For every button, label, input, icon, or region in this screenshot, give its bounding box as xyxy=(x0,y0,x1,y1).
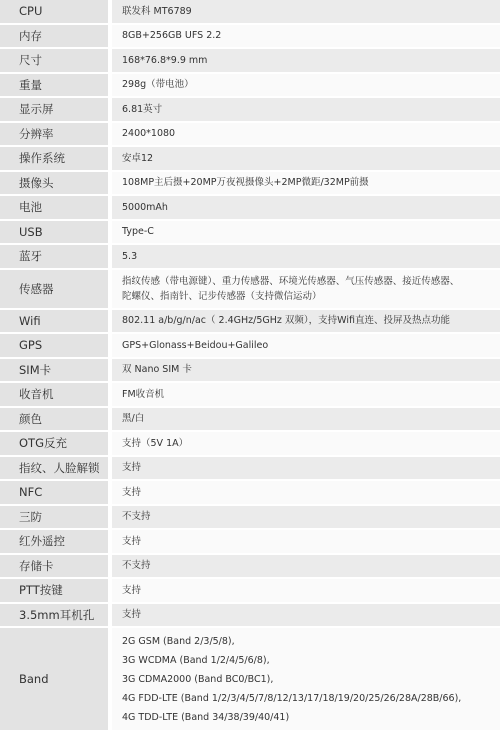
spec-row: 传感器指纹传感（带电源键）、重力传感器、环境光传感器、气压传感器、接近传感器、陀… xyxy=(0,270,500,310)
spec-value-line: Type-C xyxy=(122,224,500,239)
spec-label: 重量 xyxy=(0,74,108,97)
spec-value-line: 168*76.8*9.9 mm xyxy=(122,53,500,68)
spec-value-line: 2400*1080 xyxy=(122,126,500,141)
spec-label: PTT按键 xyxy=(0,579,108,602)
spec-value: 2400*1080 xyxy=(112,123,500,146)
spec-label: 内存 xyxy=(0,25,108,48)
spec-row: 操作系统安卓12 xyxy=(0,147,500,172)
spec-label: 蓝牙 xyxy=(0,245,108,268)
spec-value: 不支持 xyxy=(112,555,500,578)
spec-row: NFC支持 xyxy=(0,481,500,506)
spec-value-line: 陀螺仪、指南针、记步传感器（支持微信运动） xyxy=(122,289,500,304)
spec-label: USB xyxy=(0,221,108,244)
spec-value-line: 802.11 a/b/g/n/ac（ 2.4GHz/5GHz 双频），支持Wif… xyxy=(122,313,500,328)
spec-value: GPS+Glonass+Beidou+Galileo xyxy=(112,334,500,357)
spec-label: 收音机 xyxy=(0,383,108,406)
spec-row: 分辨率2400*1080 xyxy=(0,123,500,148)
spec-label: 颜色 xyxy=(0,408,108,431)
spec-value-line: 5.3 xyxy=(122,249,500,264)
spec-value-line: 支持 xyxy=(122,607,500,622)
spec-value-line: 黑/白 xyxy=(122,411,500,426)
spec-label: 分辨率 xyxy=(0,123,108,146)
spec-row: 收音机FM收音机 xyxy=(0,383,500,408)
spec-label: 指纹、人脸解锁 xyxy=(0,457,108,480)
spec-row: SIM卡双 Nano SIM 卡 xyxy=(0,359,500,384)
spec-value: 安卓12 xyxy=(112,147,500,170)
spec-row: 显示屏6.81英寸 xyxy=(0,98,500,123)
spec-label: NFC xyxy=(0,481,108,504)
spec-label: Wifi xyxy=(0,310,108,333)
spec-value-line: 支持 xyxy=(122,460,500,475)
spec-label: 3.5mm耳机孔 xyxy=(0,604,108,627)
spec-value-line: 双 Nano SIM 卡 xyxy=(122,362,500,377)
spec-value-line: 8GB+256GB UFS 2.2 xyxy=(122,28,500,43)
spec-row: 指纹、人脸解锁支持 xyxy=(0,457,500,482)
spec-value: 黑/白 xyxy=(112,408,500,431)
spec-table: CPU联发科 MT6789内存8GB+256GB UFS 2.2尺寸168*76… xyxy=(0,0,500,732)
spec-value-line: 支持 xyxy=(122,534,500,549)
spec-row: Band2G GSM (Band 2/3/5/8),3G WCDMA (Band… xyxy=(0,628,500,732)
spec-value: 指纹传感（带电源键）、重力传感器、环境光传感器、气压传感器、接近传感器、陀螺仪、… xyxy=(112,270,500,308)
spec-value: 8GB+256GB UFS 2.2 xyxy=(112,25,500,48)
spec-label: CPU xyxy=(0,0,108,23)
spec-value: 支持 xyxy=(112,604,500,627)
spec-label: 尺寸 xyxy=(0,49,108,72)
spec-row: 3.5mm耳机孔支持 xyxy=(0,604,500,629)
spec-value-line: 3G WCDMA (Band 1/2/4/5/6/8), xyxy=(122,651,500,670)
spec-value: 5.3 xyxy=(112,245,500,268)
spec-label: GPS xyxy=(0,334,108,357)
spec-value-line: 298g（带电池） xyxy=(122,77,500,92)
spec-value-line: 支持 xyxy=(122,583,500,598)
spec-label: 摄像头 xyxy=(0,172,108,195)
spec-label: 红外遥控 xyxy=(0,530,108,553)
spec-row: PTT按键支持 xyxy=(0,579,500,604)
spec-value: 支持 xyxy=(112,579,500,602)
spec-value-line: GPS+Glonass+Beidou+Galileo xyxy=(122,338,500,353)
spec-value-line: 联发科 MT6789 xyxy=(122,4,500,19)
spec-value: 不支持 xyxy=(112,506,500,529)
spec-value-line: 支持 xyxy=(122,485,500,500)
spec-label: OTG反充 xyxy=(0,432,108,455)
spec-label: SIM卡 xyxy=(0,359,108,382)
spec-value: FM收音机 xyxy=(112,383,500,406)
spec-row: 存储卡不支持 xyxy=(0,555,500,580)
spec-value-line: 不支持 xyxy=(122,509,500,524)
spec-value: 支持 xyxy=(112,457,500,480)
spec-value-line: 安卓12 xyxy=(122,151,500,166)
spec-value-line: FM收音机 xyxy=(122,387,500,402)
spec-label: 电池 xyxy=(0,196,108,219)
spec-value: 108MP主后摄+20MP万夜视摄像头+2MP微距/32MP前摄 xyxy=(112,172,500,195)
spec-value-line: 6.81英寸 xyxy=(122,102,500,117)
spec-value-line: 108MP主后摄+20MP万夜视摄像头+2MP微距/32MP前摄 xyxy=(122,175,500,190)
spec-row: 电池5000mAh xyxy=(0,196,500,221)
spec-value: 支持 xyxy=(112,530,500,553)
spec-row: CPU联发科 MT6789 xyxy=(0,0,500,25)
spec-row: 摄像头108MP主后摄+20MP万夜视摄像头+2MP微距/32MP前摄 xyxy=(0,172,500,197)
spec-value: Type-C xyxy=(112,221,500,244)
spec-value: 5000mAh xyxy=(112,196,500,219)
spec-row: 内存8GB+256GB UFS 2.2 xyxy=(0,25,500,50)
spec-value: 2G GSM (Band 2/3/5/8),3G WCDMA (Band 1/2… xyxy=(112,628,500,730)
spec-value-line: 4G FDD-LTE (Band 1/2/3/4/5/7/8/12/13/17/… xyxy=(122,689,500,708)
spec-value-line: 4G TDD-LTE (Band 34/38/39/40/41) xyxy=(122,708,500,727)
spec-value-line: 不支持 xyxy=(122,558,500,573)
spec-row: 红外遥控支持 xyxy=(0,530,500,555)
spec-value: 802.11 a/b/g/n/ac（ 2.4GHz/5GHz 双频），支持Wif… xyxy=(112,310,500,333)
spec-value: 6.81英寸 xyxy=(112,98,500,121)
spec-row: 重量298g（带电池） xyxy=(0,74,500,99)
spec-label: 传感器 xyxy=(0,270,108,308)
spec-value: 支持 xyxy=(112,481,500,504)
spec-value-line: 5000mAh xyxy=(122,200,500,215)
spec-value: 联发科 MT6789 xyxy=(112,0,500,23)
spec-value-line: 3G CDMA2000 (Band BC0/BC1), xyxy=(122,670,500,689)
spec-row: USBType-C xyxy=(0,221,500,246)
spec-row: 蓝牙5.3 xyxy=(0,245,500,270)
spec-row: Wifi802.11 a/b/g/n/ac（ 2.4GHz/5GHz 双频），支… xyxy=(0,310,500,335)
spec-value-line: 支持（5V 1A） xyxy=(122,436,500,451)
spec-row: 尺寸168*76.8*9.9 mm xyxy=(0,49,500,74)
spec-value: 168*76.8*9.9 mm xyxy=(112,49,500,72)
spec-value-line: 2G GSM (Band 2/3/5/8), xyxy=(122,632,500,651)
spec-row: 三防不支持 xyxy=(0,506,500,531)
spec-value: 支持（5V 1A） xyxy=(112,432,500,455)
spec-label: 显示屏 xyxy=(0,98,108,121)
spec-row: 颜色黑/白 xyxy=(0,408,500,433)
spec-value: 双 Nano SIM 卡 xyxy=(112,359,500,382)
spec-row: GPSGPS+Glonass+Beidou+Galileo xyxy=(0,334,500,359)
spec-value: 298g（带电池） xyxy=(112,74,500,97)
spec-label: Band xyxy=(0,628,108,730)
spec-value-line: 指纹传感（带电源键）、重力传感器、环境光传感器、气压传感器、接近传感器、 xyxy=(122,274,500,289)
spec-label: 操作系统 xyxy=(0,147,108,170)
spec-label: 存储卡 xyxy=(0,555,108,578)
spec-label: 三防 xyxy=(0,506,108,529)
spec-row: OTG反充支持（5V 1A） xyxy=(0,432,500,457)
